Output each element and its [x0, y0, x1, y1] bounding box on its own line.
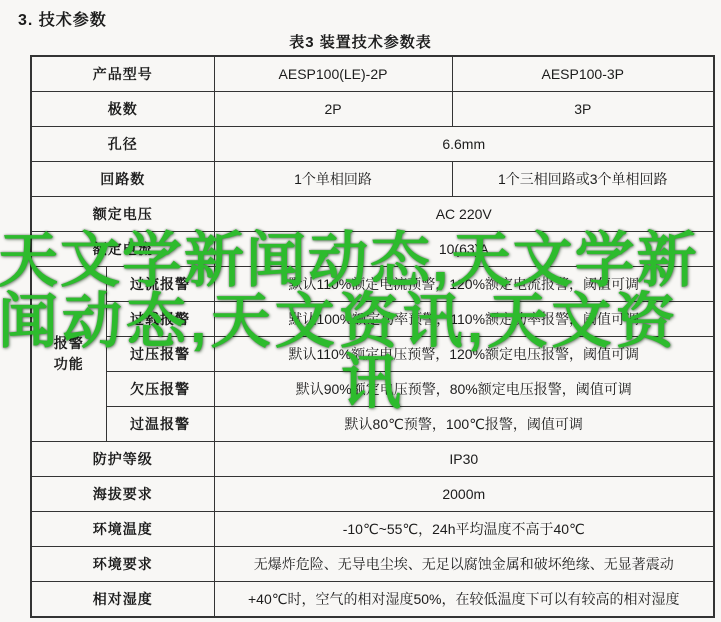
row-label: 环境要求 [31, 546, 214, 581]
cell-aperture: 6.6mm [214, 127, 714, 162]
row-label: 防护等级 [31, 441, 214, 476]
table-row: 极数 2P 3P [31, 92, 714, 127]
cell-poles-2p: 2P [214, 92, 452, 127]
row-label: 过流报警 [106, 266, 214, 301]
cell-overtemp: 默认80℃预警，100℃报警，阈值可调 [214, 406, 714, 441]
cell-undervoltage: 默认90%额定电压预警，80%额定电压报警，阈值可调 [214, 371, 714, 406]
cell-protection: IP30 [214, 441, 714, 476]
cell-voltage: AC 220V [214, 197, 714, 232]
cell-altitude: 2000m [214, 476, 714, 511]
row-label: 欠压报警 [106, 371, 214, 406]
table-row: 欠压报警 默认90%额定电压预警，80%额定电压报警，阈值可调 [31, 371, 714, 406]
cell-poles-3p: 3P [452, 92, 714, 127]
cell-overvoltage: 默认110%额定电压预警，120%额定电压报警，阈值可调 [214, 336, 714, 371]
row-label: 过温报警 [106, 406, 214, 441]
table-row: 海拔要求 2000m [31, 476, 714, 511]
row-label: 额定电流 [31, 232, 214, 267]
table-row: 过温报警 默认80℃预警，100℃报警，阈值可调 [31, 406, 714, 441]
cell-humidity: +40℃时，空气的相对湿度50%，在较低温度下可以有较高的相对湿度 [214, 581, 714, 617]
table-row: 额定电流 10(63)A [31, 232, 714, 267]
table-row: 孔径 6.6mm [31, 127, 714, 162]
row-label: 极数 [31, 92, 214, 127]
spec-table: 产品型号 AESP100(LE)-2P AESP100-3P 极数 2P 3P … [30, 55, 715, 618]
row-label: 孔径 [31, 127, 214, 162]
table-row: 产品型号 AESP100(LE)-2P AESP100-3P [31, 56, 714, 92]
table-row: 回路数 1个单相回路 1个三相回路或3个单相回路 [31, 162, 714, 197]
cell-model-3p: AESP100-3P [452, 56, 714, 92]
table-row: 环境温度 -10℃~55℃，24h平均温度不高于40℃ [31, 511, 714, 546]
table-row: 报警 功能 过流报警 默认110%额定电流预警，120%额定电流报警，阈值可调 [31, 266, 714, 301]
row-label: 额定电压 [31, 197, 214, 232]
cell-circuits-3p: 1个三相回路或3个单相回路 [452, 162, 714, 197]
alarm-group-label: 报警 功能 [31, 266, 106, 441]
table-row: 过载报警 默认100%额定功率预警，110%额定功率报警，阈值可调 [31, 301, 714, 336]
row-label: 相对湿度 [31, 581, 214, 617]
table-row: 防护等级 IP30 [31, 441, 714, 476]
cell-circuits-2p: 1个单相回路 [214, 162, 452, 197]
table-row: 相对湿度 +40℃时，空气的相对湿度50%，在较低温度下可以有较高的相对湿度 [31, 581, 714, 617]
table-row: 环境要求 无爆炸危险、无导电尘埃、无足以腐蚀金属和破坏绝缘、无显著震动 [31, 546, 714, 581]
row-label: 产品型号 [31, 56, 214, 92]
row-label: 海拔要求 [31, 476, 214, 511]
cell-ambient-temp: -10℃~55℃，24h平均温度不高于40℃ [214, 511, 714, 546]
row-label: 过载报警 [106, 301, 214, 336]
section-heading: 3. 技术参数 [18, 7, 107, 30]
row-label: 环境温度 [31, 511, 214, 546]
table-title: 表3 装置技术参数表 [0, 31, 721, 52]
row-label: 回路数 [31, 162, 214, 197]
cell-overload: 默认100%额定功率预警，110%额定功率报警，阈值可调 [214, 301, 714, 336]
row-label: 过压报警 [106, 336, 214, 371]
table-row: 额定电压 AC 220V [31, 197, 714, 232]
cell-current: 10(63)A [214, 232, 714, 267]
cell-environment: 无爆炸危险、无导电尘埃、无足以腐蚀金属和破坏绝缘、无显著震动 [214, 546, 714, 581]
cell-overcurrent: 默认110%额定电流预警，120%额定电流报警，阈值可调 [214, 266, 714, 301]
table-row: 过压报警 默认110%额定电压预警，120%额定电压报警，阈值可调 [31, 336, 714, 371]
cell-model-2p: AESP100(LE)-2P [214, 56, 452, 92]
